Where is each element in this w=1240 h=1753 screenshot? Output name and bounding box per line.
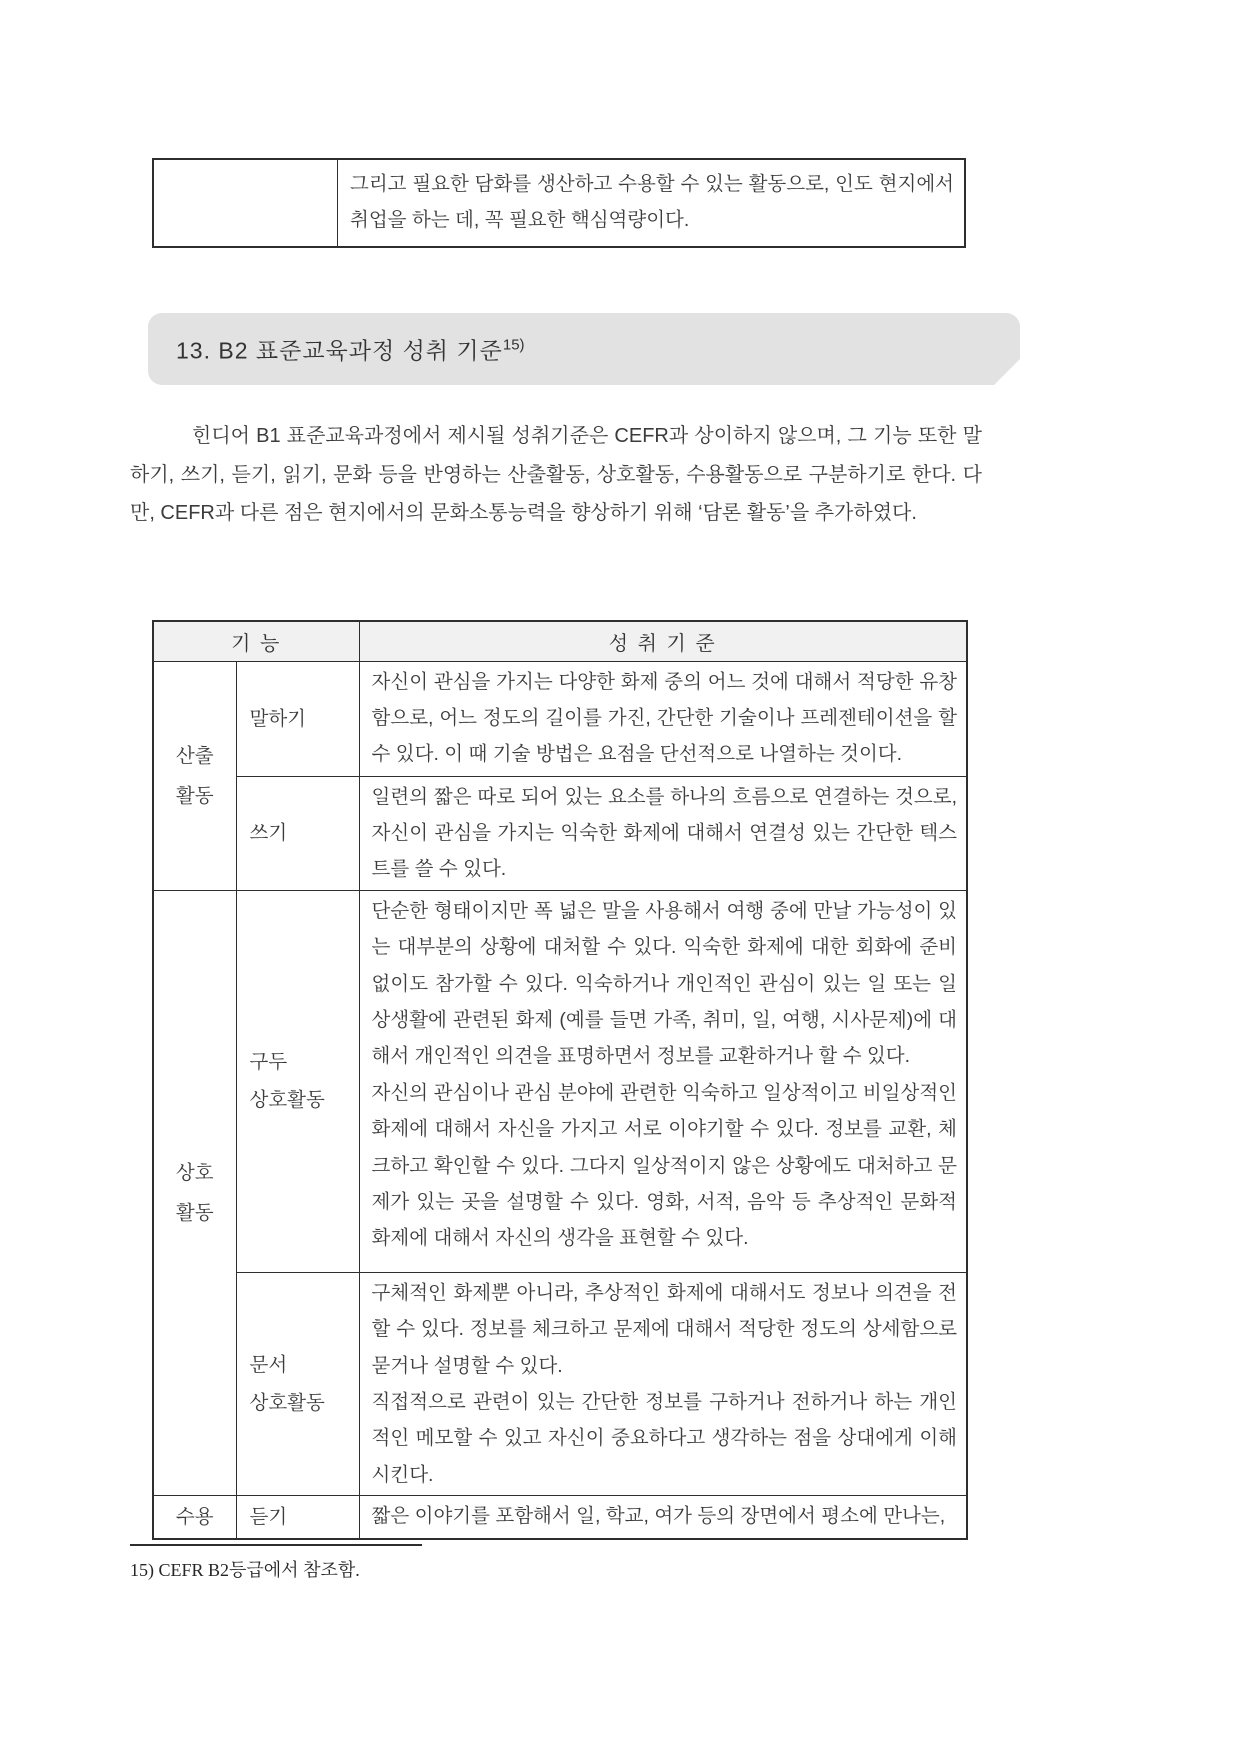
section-heading: 13. B2 표준교육과정 성취 기준15)	[176, 333, 525, 366]
top-table-fragment: 그리고 필요한 담화를 생산하고 수용할 수 있는 활동으로, 인도 현지에서 …	[152, 158, 966, 248]
row-label-oral-interaction: 구두 상호활동	[236, 890, 359, 1272]
footnote-divider	[130, 1544, 422, 1546]
row-label-writing: 쓰기	[236, 776, 359, 890]
criteria-table: 기 능 성 취 기 준 산출 활동 말하기 자신이 관심을 가지는 다양한 화제…	[152, 620, 968, 1540]
criteria-paragraph: 자신의 관심이나 관심 분야에 관련한 익숙하고 일상적이고 비일상적인 화제에…	[372, 1075, 958, 1257]
table-row-oral-interaction: 상호 활동 구두 상호활동 단순한 형태이지만 폭 넓은 말을 사용해서 여행 …	[153, 890, 967, 1272]
criteria-paragraph: 단순한 형태이지만 폭 넓은 말을 사용해서 여행 중에 만날 가능성이 있는 …	[372, 893, 958, 1075]
criteria-cell-written-interaction: 구체적인 화제뿐 아니라, 추상적인 화제에 대해서도 정보나 의견을 전할 수…	[359, 1272, 967, 1495]
table-row-writing: 쓰기 일련의 짧은 따로 되어 있는 요소를 하나의 흐름으로 연결하는 것으로…	[153, 776, 967, 890]
section-heading-text: 13. B2 표준교육과정 성취 기준	[176, 338, 503, 364]
criteria-paragraph: 일련의 짧은 따로 되어 있는 요소를 하나의 흐름으로 연결하는 것으로, 자…	[372, 779, 958, 888]
row-label-written-interaction: 문서 상호활동	[236, 1272, 359, 1495]
footnote-text: 15) CEFR B2등급에서 참조함.	[130, 1556, 360, 1582]
row-label-listening: 듣기	[236, 1496, 359, 1540]
section-heading-banner: 13. B2 표준교육과정 성취 기준15)	[148, 313, 1020, 385]
document-page: 그리고 필요한 담화를 생산하고 수용할 수 있는 활동으로, 인도 현지에서 …	[0, 0, 1240, 1753]
criteria-cell-listening: 짧은 이야기를 포함해서 일, 학교, 여가 등의 장면에서 평소에 만나는,	[359, 1496, 967, 1540]
criteria-cell-speaking: 자신이 관심을 가지는 다양한 화제 중의 어느 것에 대해서 적당한 유창함으…	[359, 661, 967, 776]
table-header-criteria: 성 취 기 준	[359, 621, 967, 661]
top-table-empty-label-cell	[154, 160, 338, 246]
criteria-paragraph: 구체적인 화제뿐 아니라, 추상적인 화제에 대해서도 정보나 의견을 전할 수…	[372, 1275, 958, 1384]
top-table-continuation-text: 그리고 필요한 담화를 생산하고 수용할 수 있는 활동으로, 인도 현지에서 …	[338, 160, 964, 246]
criteria-cell-writing: 일련의 짧은 따로 되어 있는 요소를 하나의 흐름으로 연결하는 것으로, 자…	[359, 776, 967, 890]
footnote-marker-superscript: 15)	[503, 337, 525, 354]
table-row-listening: 수용 듣기 짧은 이야기를 포함해서 일, 학교, 여가 등의 장면에서 평소에…	[153, 1496, 967, 1540]
table-header-function: 기 능	[153, 621, 359, 661]
table-header-row: 기 능 성 취 기 준	[153, 621, 967, 661]
group-label-interaction-activity: 상호 활동	[153, 890, 236, 1495]
table-row-speaking: 산출 활동 말하기 자신이 관심을 가지는 다양한 화제 중의 어느 것에 대해…	[153, 661, 967, 776]
intro-paragraph: 힌디어 B1 표준교육과정에서 제시될 성취기준은 CEFR과 상이하지 않으며…	[130, 417, 982, 533]
criteria-paragraph: 짧은 이야기를 포함해서 일, 학교, 여가 등의 장면에서 평소에 만나는,	[372, 1498, 958, 1534]
table-row-written-interaction: 문서 상호활동 구체적인 화제뿐 아니라, 추상적인 화제에 대해서도 정보나 …	[153, 1272, 967, 1495]
criteria-paragraph: 직접적으로 관련이 있는 간단한 정보를 구하거나 전하거나 하는 개인적인 메…	[372, 1384, 958, 1493]
criteria-paragraph: 자신이 관심을 가지는 다양한 화제 중의 어느 것에 대해서 적당한 유창함으…	[372, 664, 958, 773]
group-label-reception: 수용	[153, 1496, 236, 1540]
criteria-cell-oral-interaction: 단순한 형태이지만 폭 넓은 말을 사용해서 여행 중에 만날 가능성이 있는 …	[359, 890, 967, 1272]
group-label-production-activity: 산출 활동	[153, 661, 236, 890]
row-label-speaking: 말하기	[236, 661, 359, 776]
